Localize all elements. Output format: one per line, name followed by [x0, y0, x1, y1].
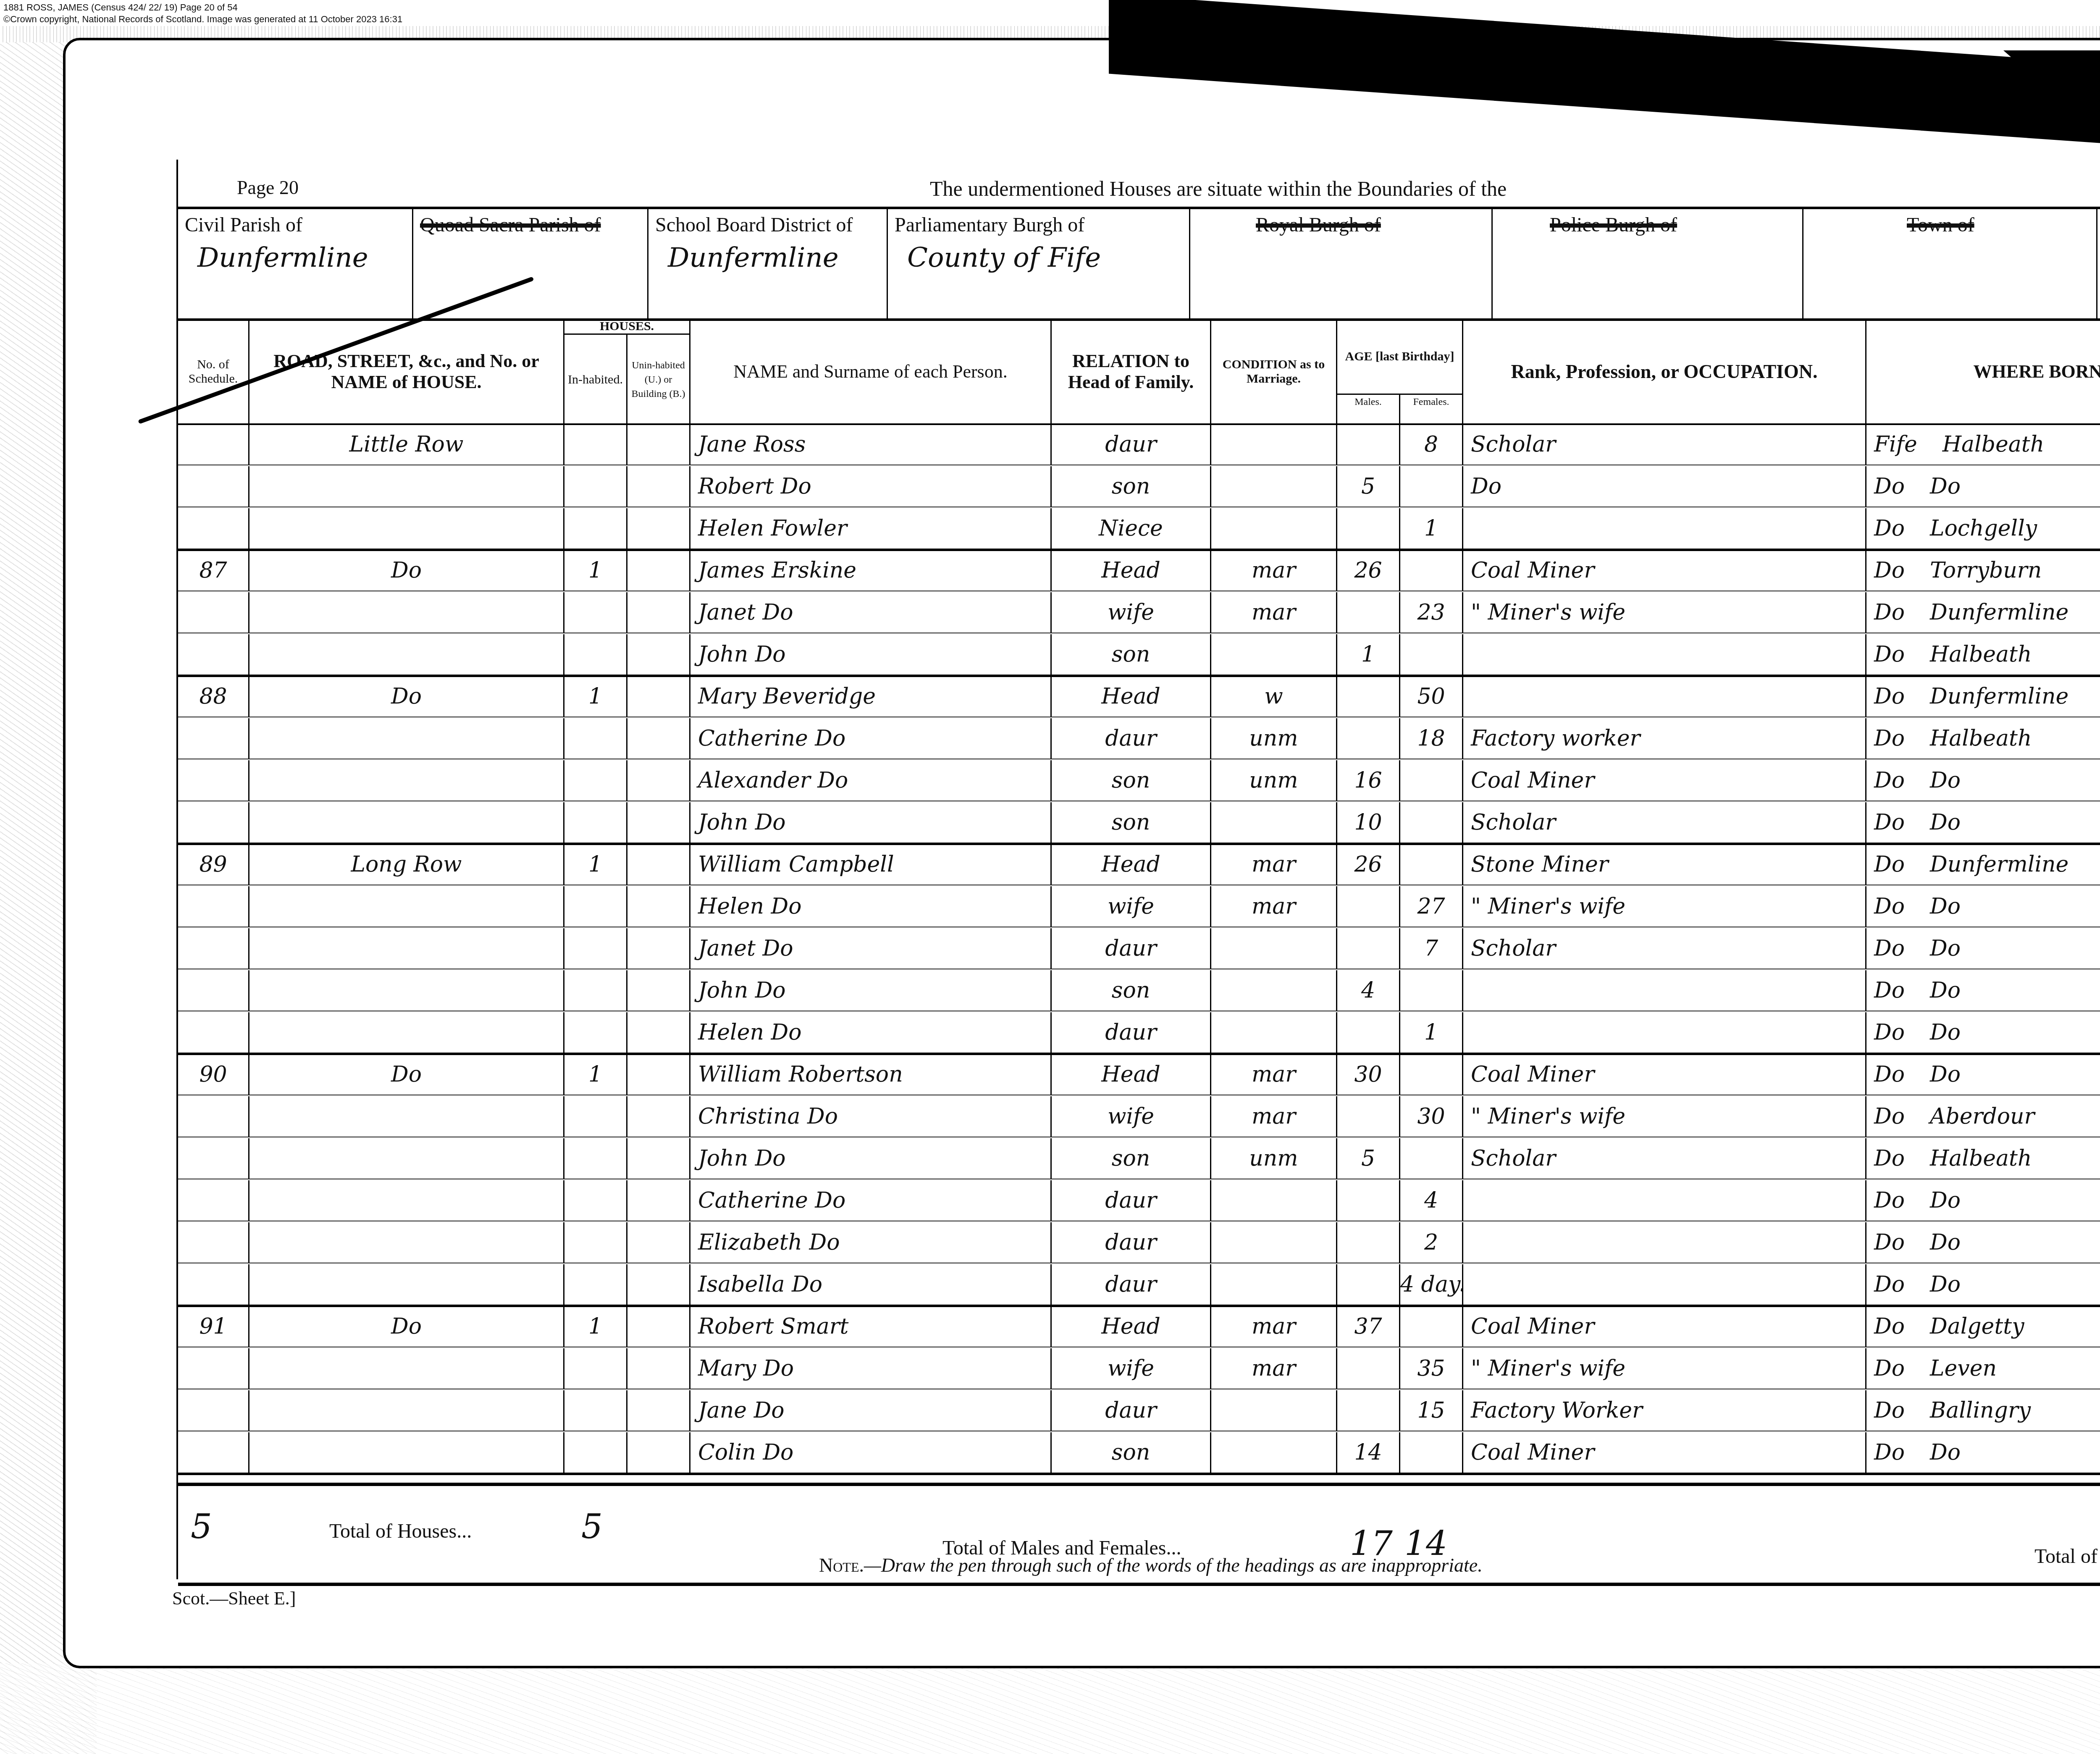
cell-address: Do	[249, 1054, 564, 1095]
cell-name: Catherine Do	[690, 718, 1052, 759]
cell-schedule	[178, 718, 249, 759]
cell-male-age	[1337, 592, 1400, 633]
table-row: 89Long Row1William CampbellHeadmar26Ston…	[178, 844, 2100, 885]
cell-male-age: 5	[1337, 466, 1400, 507]
cell-relation: daur	[1052, 1180, 1211, 1221]
cell-address	[249, 1096, 564, 1137]
table-row: Alexander Dosonunm16Coal MinerDoDo	[178, 760, 2100, 801]
form-intro: The undermentioned Houses are situate wi…	[930, 176, 1507, 201]
cell-address	[249, 718, 564, 759]
cell-address	[249, 1012, 564, 1053]
cell-schedule	[178, 970, 249, 1011]
born-county: Do	[1874, 1272, 1905, 1297]
cell-male-age	[1337, 1348, 1400, 1389]
col-age: AGE [last Birthday] Males. Females.	[1337, 319, 1463, 424]
cell-occupation: Scholar	[1463, 424, 1866, 465]
cell-uninhabited	[627, 634, 690, 675]
cell-uninhabited	[627, 1054, 690, 1095]
cell-address	[249, 760, 564, 801]
cell-address	[249, 1222, 564, 1263]
cell-female-age	[1400, 970, 1463, 1011]
cell-born: DoTorryburn	[1866, 550, 2100, 591]
born-place: Aberdour	[1930, 1104, 2034, 1129]
born-county: Do	[1874, 684, 1905, 709]
cell-inhabited	[564, 634, 627, 675]
cell-name: Robert Do	[690, 466, 1052, 507]
cell-condition	[1211, 424, 1337, 465]
cell-male-age	[1337, 1012, 1400, 1053]
cell-condition: mar	[1211, 592, 1337, 633]
cell-uninhabited	[627, 1012, 690, 1053]
cell-schedule	[178, 760, 249, 801]
cell-condition	[1211, 634, 1337, 675]
cell-born: DoAberdour	[1866, 1096, 2100, 1137]
image-caption: 1881 ROSS, JAMES (Census 424/ 22/ 19) Pa…	[3, 2, 402, 25]
cell-inhabited	[564, 802, 627, 843]
cell-uninhabited	[627, 1306, 690, 1347]
royal-burgh-label: Royal Burgh of	[1197, 213, 1485, 236]
born-place: Halbeath	[1930, 642, 2032, 667]
cell-female-age	[1400, 802, 1463, 843]
cell-schedule	[178, 1264, 249, 1305]
cell-relation: son	[1052, 760, 1211, 801]
cell-uninhabited	[627, 1432, 690, 1473]
col-name-label: NAME and Surname of each Person.	[733, 361, 1008, 382]
col-houses-label: HOUSES.	[564, 319, 689, 335]
cell-relation: Head	[1052, 550, 1211, 591]
cell-occupation: Coal Miner	[1463, 1432, 1866, 1473]
cell-female-age: 4	[1400, 1180, 1463, 1221]
table-row: Isabella Dodaur4 daysDoDo	[178, 1264, 2100, 1307]
page-number: Page 20	[237, 176, 299, 199]
born-place: Halbeath	[1930, 1146, 2032, 1171]
table-row: Catherine Dodaurunm18Factory workerDoHal…	[178, 718, 2100, 759]
cell-condition	[1211, 1264, 1337, 1305]
cell-uninhabited	[627, 592, 690, 633]
cell-female-age: 8	[1400, 424, 1463, 465]
cell-uninhabited	[627, 928, 690, 969]
cell-inhabited	[564, 1264, 627, 1305]
cell-inhabited: 1	[564, 550, 627, 591]
cell-relation: son	[1052, 634, 1211, 675]
cell-male-age	[1337, 1180, 1400, 1221]
cell-name: William Campbell	[690, 844, 1052, 885]
born-county: Do	[1874, 726, 1905, 751]
born-place: Do	[1930, 474, 1961, 499]
cell-condition	[1211, 1390, 1337, 1431]
quoad-sacra-cell: Quoad Sacra Parish of	[413, 209, 648, 318]
born-county: Do	[1874, 1398, 1905, 1423]
cell-uninhabited	[627, 1096, 690, 1137]
born-county: Do	[1874, 852, 1905, 877]
cell-condition: mar	[1211, 550, 1337, 591]
cell-address	[249, 592, 564, 633]
born-county: Do	[1874, 768, 1905, 793]
cell-condition: unm	[1211, 718, 1337, 759]
table-row: John Doson10ScholarDoDo	[178, 802, 2100, 845]
cell-inhabited: 1	[564, 844, 627, 885]
footer-note: Note.—Draw the pen through such of the w…	[819, 1554, 1483, 1576]
cell-female-age	[1400, 760, 1463, 801]
cell-female-age: 2	[1400, 1222, 1463, 1263]
sheet-label: Scot.—Sheet E.]	[172, 1588, 296, 1609]
born-county: Do	[1874, 1314, 1905, 1339]
cell-uninhabited	[627, 886, 690, 927]
cell-schedule	[178, 592, 249, 633]
table-row: John Dosonunm5ScholarDoHalbeath	[178, 1138, 2100, 1179]
born-place: Torryburn	[1930, 558, 2042, 583]
cell-occupation: Stone Miner	[1463, 844, 1866, 885]
cell-schedule	[178, 424, 249, 465]
cell-born: DoBallingry	[1866, 1390, 2100, 1431]
born-county: Do	[1874, 894, 1905, 919]
cell-uninhabited	[627, 1180, 690, 1221]
royal-burgh-cell: Royal Burgh of	[1190, 209, 1493, 318]
born-place: Do	[1930, 1020, 1961, 1045]
cell-male-age	[1337, 1390, 1400, 1431]
cell-condition	[1211, 466, 1337, 507]
houses-total-value: 5	[581, 1507, 603, 1546]
rooms-total-label: Total of Windowed Rooms...	[2034, 1545, 2100, 1568]
cell-relation: son	[1052, 1432, 1211, 1473]
table-row: Helen Dodaur1DoDo	[178, 1012, 2100, 1055]
born-place: Leven	[1930, 1356, 1997, 1381]
cell-born: DoDo	[1866, 928, 2100, 969]
col-occupation-label: Rank, Profession, or OCCUPATION.	[1511, 361, 1817, 382]
col-houses: HOUSES. In-habited. Unin-habited (U.) or…	[564, 319, 690, 424]
cell-occupation	[1463, 1180, 1866, 1221]
cell-schedule	[178, 634, 249, 675]
cell-occupation: Factory worker	[1463, 718, 1866, 759]
cell-schedule	[178, 886, 249, 927]
born-county: Do	[1874, 600, 1905, 625]
born-county: Fife	[1874, 432, 1917, 457]
col-relation-label: RELATION to Head of Family.	[1052, 351, 1210, 393]
civil-parish-value: Dunfermline	[185, 242, 405, 273]
cell-female-age	[1400, 1306, 1463, 1347]
cell-inhabited	[564, 886, 627, 927]
cell-occupation	[1463, 676, 1866, 717]
cell-relation: Head	[1052, 676, 1211, 717]
cell-name: Mary Do	[690, 1348, 1052, 1389]
cell-born: DoLeven	[1866, 1348, 2100, 1389]
table-row: Mary Dowifemar35" Miner's wifeDoLeven	[178, 1348, 2100, 1389]
cell-uninhabited	[627, 1138, 690, 1179]
village-cell: Village or Hamlet of Halbeath	[2097, 209, 2100, 318]
cell-male-age	[1337, 424, 1400, 465]
cell-address: Do	[249, 676, 564, 717]
cell-relation: wife	[1052, 592, 1211, 633]
cell-born: DoHalbeath	[1866, 718, 2100, 759]
table-row: Colin Doson14Coal MinerDoDo	[178, 1432, 2100, 1475]
cell-address: Long Row	[249, 844, 564, 885]
cell-name: Helen Fowler	[690, 508, 1052, 549]
cell-schedule: 88	[178, 676, 249, 717]
born-place: Do	[1930, 1230, 1961, 1255]
cell-relation: daur	[1052, 1264, 1211, 1305]
cell-schedule	[178, 1012, 249, 1053]
cell-male-age: 26	[1337, 550, 1400, 591]
cell-male-age: 16	[1337, 760, 1400, 801]
cell-address	[249, 1390, 564, 1431]
cell-schedule	[178, 1348, 249, 1389]
cell-relation: Head	[1052, 1054, 1211, 1095]
cell-inhabited	[564, 928, 627, 969]
cell-relation: daur	[1052, 1390, 1211, 1431]
cell-schedule	[178, 1432, 249, 1473]
table-row: 90Do1William RobertsonHeadmar30Coal Mine…	[178, 1054, 2100, 1095]
cell-address	[249, 1264, 564, 1305]
table-row: Helen FowlerNiece1DoLochgelly	[178, 508, 2100, 551]
cell-schedule	[178, 1222, 249, 1263]
born-place: Do	[1930, 1062, 1961, 1087]
cell-male-age: 4	[1337, 970, 1400, 1011]
cell-occupation: " Miner's wife	[1463, 592, 1866, 633]
cell-inhabited	[564, 1348, 627, 1389]
cell-relation: Head	[1052, 1306, 1211, 1347]
cell-inhabited	[564, 466, 627, 507]
cell-address: Do	[249, 1306, 564, 1347]
table-row: John Doson4DoDo	[178, 970, 2100, 1011]
cell-inhabited	[564, 592, 627, 633]
cell-male-age	[1337, 1264, 1400, 1305]
cell-relation: daur	[1052, 1012, 1211, 1053]
cell-condition: mar	[1211, 1054, 1337, 1095]
scan-edge-bottom	[0, 1663, 2100, 1754]
cell-inhabited	[564, 1180, 627, 1221]
cell-uninhabited	[627, 844, 690, 885]
born-place: Dunfermline	[1930, 684, 2068, 709]
town-cell: Town of	[1803, 209, 2097, 318]
cell-male-age: 26	[1337, 844, 1400, 885]
col-occupation: Rank, Profession, or OCCUPATION.	[1463, 319, 1866, 424]
cell-uninhabited	[627, 718, 690, 759]
cell-female-age: 4 days	[1400, 1264, 1463, 1305]
town-label: Town of	[1810, 213, 2089, 236]
cell-occupation: Factory Worker	[1463, 1390, 1866, 1431]
quoad-sacra-label: Quoad Sacra Parish of	[420, 213, 640, 236]
cell-occupation: Coal Miner	[1463, 1306, 1866, 1347]
cell-name: Catherine Do	[690, 1180, 1052, 1221]
cell-schedule	[178, 508, 249, 549]
cell-condition	[1211, 970, 1337, 1011]
cell-relation: son	[1052, 1138, 1211, 1179]
col-condition-label: CONDITION as to Marriage.	[1211, 357, 1336, 386]
col-inhabited-label: In-habited.	[564, 335, 627, 424]
cell-inhabited	[564, 424, 627, 465]
cell-schedule: 89	[178, 844, 249, 885]
cell-female-age	[1400, 1138, 1463, 1179]
cell-address	[249, 970, 564, 1011]
cell-name: Janet Do	[690, 592, 1052, 633]
cell-occupation: " Miner's wife	[1463, 1096, 1866, 1137]
cell-name: Helen Do	[690, 886, 1052, 927]
born-county: Do	[1874, 936, 1905, 961]
born-county: Do	[1874, 1104, 1905, 1129]
cell-occupation: Coal Miner	[1463, 550, 1866, 591]
table-row: Elizabeth Dodaur2DoDo	[178, 1222, 2100, 1263]
cell-uninhabited	[627, 970, 690, 1011]
cell-schedule	[178, 1138, 249, 1179]
cell-condition: w	[1211, 676, 1337, 717]
cell-born: DoHalbeath	[1866, 634, 2100, 675]
cell-uninhabited	[627, 760, 690, 801]
cell-name: Mary Beveridge	[690, 676, 1052, 717]
cell-name: Christina Do	[690, 1096, 1052, 1137]
cell-name: Alexander Do	[690, 760, 1052, 801]
cell-condition: unm	[1211, 1138, 1337, 1179]
cell-address	[249, 1432, 564, 1473]
cell-uninhabited	[627, 424, 690, 465]
cell-relation: wife	[1052, 1096, 1211, 1137]
cell-born: DoDo	[1866, 1264, 2100, 1305]
cell-female-age	[1400, 634, 1463, 675]
born-county: Do	[1874, 1020, 1905, 1045]
born-place: Dalgetty	[1930, 1314, 2024, 1339]
cell-condition	[1211, 1222, 1337, 1263]
cell-address	[249, 1138, 564, 1179]
cell-born: DoDo	[1866, 1054, 2100, 1095]
cell-uninhabited	[627, 550, 690, 591]
table-row: Robert Doson5DoDoDo	[178, 466, 2100, 507]
cell-condition	[1211, 508, 1337, 549]
cell-schedule: 90	[178, 1054, 249, 1095]
cell-born: DoDalgetty	[1866, 1306, 2100, 1347]
born-place: Do	[1930, 978, 1961, 1003]
col-schedule: No. of Schedule.	[178, 319, 249, 424]
cell-born: FifeHalbeath	[1866, 424, 2100, 465]
cell-inhabited	[564, 970, 627, 1011]
cell-male-age: 1	[1337, 634, 1400, 675]
cell-inhabited	[564, 1432, 627, 1473]
cell-born: DoDunfermline	[1866, 592, 2100, 633]
cell-condition: mar	[1211, 844, 1337, 885]
born-county: Do	[1874, 1440, 1905, 1465]
cell-inhabited: 1	[564, 1054, 627, 1095]
born-place: Dunfermline	[1930, 852, 2068, 877]
cell-condition: mar	[1211, 886, 1337, 927]
cell-uninhabited	[627, 466, 690, 507]
table-row: Helen Dowifemar27" Miner's wifeDoDo	[178, 886, 2100, 927]
cell-female-age	[1400, 844, 1463, 885]
cell-occupation: Coal Miner	[1463, 760, 1866, 801]
cell-male-age: 5	[1337, 1138, 1400, 1179]
cell-male-age	[1337, 928, 1400, 969]
cell-female-age: 23	[1400, 592, 1463, 633]
cell-female-age	[1400, 550, 1463, 591]
table-row: John Doson1DoHalbeath	[178, 634, 2100, 677]
cell-occupation: Scholar	[1463, 1138, 1866, 1179]
cell-occupation	[1463, 1012, 1866, 1053]
col-age-label: AGE [last Birthday]	[1345, 319, 1454, 394]
cell-born: DoDo	[1866, 466, 2100, 507]
cell-inhabited	[564, 760, 627, 801]
cell-schedule	[178, 1096, 249, 1137]
cell-inhabited	[564, 1138, 627, 1179]
cell-relation: daur	[1052, 1222, 1211, 1263]
cell-female-age: 30	[1400, 1096, 1463, 1137]
cell-address	[249, 508, 564, 549]
born-place: Do	[1930, 936, 1961, 961]
cell-born: DoDo	[1866, 802, 2100, 843]
cell-male-age: 14	[1337, 1432, 1400, 1473]
born-county: Do	[1874, 558, 1905, 583]
schedules-total: 5	[191, 1507, 212, 1546]
table-row: Janet Dowifemar23" Miner's wifeDoDunferm…	[178, 592, 2100, 633]
cell-born: DoLochgelly	[1866, 508, 2100, 549]
cell-condition: unm	[1211, 760, 1337, 801]
school-board-cell: School Board District of Dunfermline	[648, 209, 888, 318]
cell-male-age	[1337, 1096, 1400, 1137]
cell-born: DoDo	[1866, 1012, 2100, 1053]
table-row: 87Do1James ErskineHeadmar26Coal MinerDoT…	[178, 550, 2100, 591]
cell-occupation: Scholar	[1463, 802, 1866, 843]
born-place: Lochgelly	[1930, 516, 2037, 541]
cell-male-age	[1337, 1222, 1400, 1263]
cell-relation: wife	[1052, 1348, 1211, 1389]
cell-relation: Niece	[1052, 508, 1211, 549]
column-headers: No. of Schedule. ROAD, STREET, &c., and …	[178, 319, 2100, 424]
cell-inhabited	[564, 1222, 627, 1263]
cell-inhabited	[564, 1096, 627, 1137]
cell-male-age	[1337, 718, 1400, 759]
cell-address: Little Row	[249, 424, 564, 465]
cell-born: DoDo	[1866, 760, 2100, 801]
born-county: Do	[1874, 516, 1905, 541]
cell-address	[249, 928, 564, 969]
parliamentary-burgh-cell: Parliamentary Burgh of County of Fife	[888, 209, 1190, 318]
cell-born: DoDunfermline	[1866, 844, 2100, 885]
cell-condition	[1211, 1180, 1337, 1221]
cell-occupation	[1463, 634, 1866, 675]
cell-name: Jane Ross	[690, 424, 1052, 465]
table-row: Catherine Dodaur4DoDo	[178, 1180, 2100, 1221]
born-county: Do	[1874, 1230, 1905, 1255]
cell-female-age: 18	[1400, 718, 1463, 759]
cell-uninhabited	[627, 1264, 690, 1305]
cell-male-age	[1337, 508, 1400, 549]
col-schedule-label: No. of Schedule.	[178, 357, 248, 386]
cell-relation: son	[1052, 802, 1211, 843]
cell-born: DoDunfermline	[1866, 676, 2100, 717]
cell-condition	[1211, 1012, 1337, 1053]
cell-schedule	[178, 928, 249, 969]
col-where-born: WHERE BORN.	[1866, 319, 2100, 424]
col-condition: CONDITION as to Marriage.	[1211, 319, 1337, 424]
cell-female-age	[1400, 466, 1463, 507]
table-row: 88Do1Mary BeveridgeHeadw50DoDunfermline2	[178, 676, 2100, 717]
cell-schedule	[178, 1180, 249, 1221]
cell-occupation: " Miner's wife	[1463, 886, 1866, 927]
col-uninhabited-label: Unin-habited (U.) or Building (B.)	[627, 335, 689, 424]
cell-occupation	[1463, 970, 1866, 1011]
born-county: Do	[1874, 642, 1905, 667]
police-burgh-cell: Police Burgh of	[1493, 209, 1803, 318]
cell-address	[249, 1180, 564, 1221]
born-county: Do	[1874, 474, 1905, 499]
born-place: Halbeath	[1930, 726, 2032, 751]
cell-schedule	[178, 1390, 249, 1431]
cell-born: DoDo	[1866, 1432, 2100, 1473]
cell-born: DoHalbeath	[1866, 1138, 2100, 1179]
census-form: Page 20 The undermentioned Houses are si…	[176, 160, 2100, 1579]
col-relation: RELATION to Head of Family.	[1052, 319, 1211, 424]
cell-relation: daur	[1052, 928, 1211, 969]
parliamentary-burgh-value: County of Fife	[895, 242, 1182, 273]
cell-born: DoDo	[1866, 1222, 2100, 1263]
cell-relation: son	[1052, 466, 1211, 507]
cell-name: John Do	[690, 1138, 1052, 1179]
